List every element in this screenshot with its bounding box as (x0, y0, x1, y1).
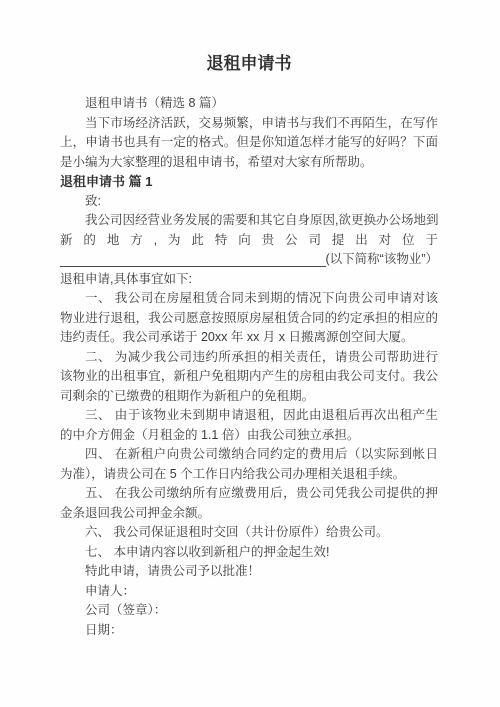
item-7: 七、 本申请内容以收到新租户的押金起生效! (60, 543, 438, 563)
section-heading: 退租申请书 篇 1 (60, 172, 438, 192)
closing-statement: 特此申请，请贵公司予以批准！ (60, 562, 438, 582)
item-5: 五、 在我公司缴纳所有应缴费用后，贵公司凭我公司提供的押金条退回我公司押金余额。 (60, 484, 438, 523)
signature-date: 日期： (60, 621, 438, 641)
blank-line-row: (以下简称“该物业”） (60, 250, 438, 270)
signature-company-seal: 公司（签章）： (60, 601, 438, 621)
item-3: 三、 由于该物业未到期申请退租，因此由退租后再次出租产生的中介方佣金（月租金的 … (60, 406, 438, 445)
blank-annotation: (以下简称“该物业”） (326, 250, 439, 270)
salutation: 致: (60, 192, 438, 212)
opening-tail: 退租申请,具体事宜如下: (60, 270, 438, 290)
document-subtitle: 退租申请书（精选 8 篇） (60, 94, 438, 114)
item-4: 四、 在新租户向贵公司缴纳合同约定的费用后（以实际到帐日为准），请贵公司在 5 … (60, 445, 438, 484)
item-2: 二、 为减少我公司违约所承担的相关责任，请贵公司帮助进行该物业的出租事宜，新租户… (60, 348, 438, 407)
opening-line-justified: 新的地方,为此特向贵公司提出对位于 (60, 231, 438, 251)
signature-applicant: 申请人： (60, 582, 438, 602)
item-6: 六、 我公司保证退租时交回（共计份原件）给贵公司。 (60, 523, 438, 543)
opening-line-1: 我公司因经营业务发展的需要和其它自身原因,欲更换办公场地到 (60, 211, 438, 231)
blank-underline (60, 266, 326, 267)
item-1: 一、 我公司在房屋租赁合同未到期的情况下向贵公司申请对该物业进行退租，我公司愿意… (60, 289, 438, 348)
document-page: 退租申请书 退租申请书（精选 8 篇） 当下市场经济活跃，交易频繁，申请书与我们… (0, 0, 500, 707)
intro-paragraph: 当下市场经济活跃，交易频繁，申请书与我们不再陌生，在写作上，申请书也具有一定的格… (60, 114, 438, 173)
document-title: 退租申请书 (60, 52, 438, 76)
